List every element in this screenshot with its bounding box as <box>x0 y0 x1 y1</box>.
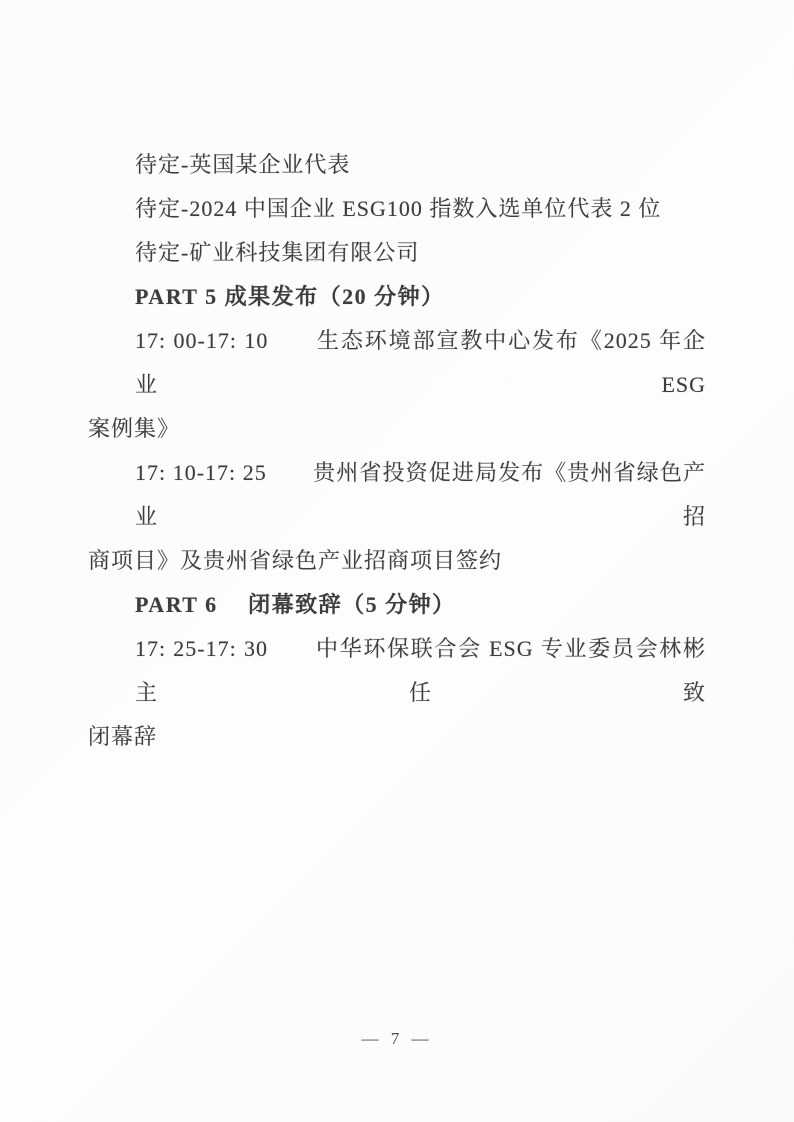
doc-line-part5-heading: PART 5 成果发布（20 分钟） <box>88 275 706 319</box>
doc-line-pending-esg100-reps: 待定-2024 中国企业 ESG100 指数入选单位代表 2 位 <box>88 187 706 231</box>
doc-line-item-1710: 17: 10-17: 25 贵州省投资促进局发布《贵州省绿色产业招 <box>88 451 706 539</box>
doc-line-pending-mining-group: 待定-矿业科技集团有限公司 <box>88 231 706 275</box>
doc-line-item-1700-wrap: 案例集》 <box>88 407 706 451</box>
page-number: — 7 — <box>0 1026 794 1052</box>
doc-line-item-1710-wrap: 商项目》及贵州省绿色产业招商项目签约 <box>88 539 706 583</box>
doc-line-item-1700: 17: 00-17: 10 生态环境部宣教中心发布《2025 年企业 ESG <box>88 319 706 407</box>
agenda-content: 待定-英国某企业代表 待定-2024 中国企业 ESG100 指数入选单位代表 … <box>88 143 706 759</box>
doc-line-item-1725: 17: 25-17: 30 中华环保联合会 ESG 专业委员会林彬主任致 <box>88 627 706 715</box>
document-page: 待定-英国某企业代表 待定-2024 中国企业 ESG100 指数入选单位代表 … <box>0 0 794 1122</box>
doc-line-part6-heading: PART 6 闭幕致辞（5 分钟） <box>88 583 706 627</box>
doc-line-item-1725-wrap: 闭幕辞 <box>88 715 706 759</box>
doc-line-pending-uk-rep: 待定-英国某企业代表 <box>88 143 706 187</box>
